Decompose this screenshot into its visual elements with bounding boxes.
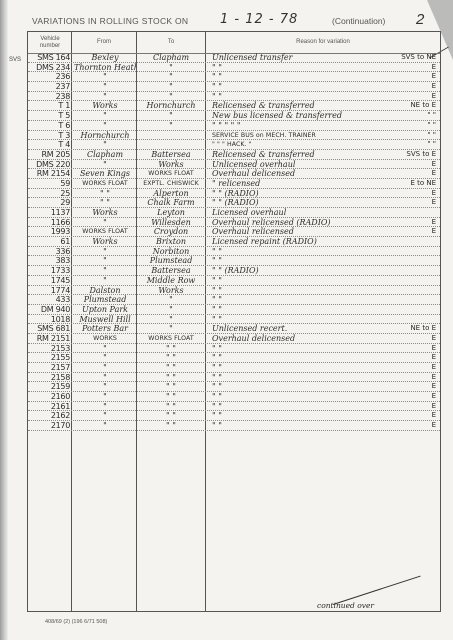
reason-cell: " relicensed: [212, 179, 402, 188]
from-cell: ": [74, 121, 136, 130]
to-cell: " ": [138, 353, 204, 362]
district-code-cell: SVS to NE: [396, 53, 436, 62]
reason-cell: New bus licensed & transferred: [212, 111, 402, 120]
from-cell: ": [74, 72, 136, 81]
from-cell: Potters Bar: [74, 324, 136, 333]
to-cell: " ": [138, 373, 204, 382]
district-code-cell: E: [396, 411, 436, 420]
to-cell: Clapham: [138, 53, 204, 62]
district-code-cell: NE to E: [396, 324, 436, 333]
table-header: Vehicle number From To Reason for variat…: [28, 32, 440, 54]
from-cell: ": [74, 247, 136, 256]
reason-cell: " ": [212, 92, 402, 101]
table-row: 1745"Middle Row" ": [28, 276, 440, 286]
table-row: 2170"" "" "E: [28, 421, 440, 431]
vehicle-number-cell: 2162: [28, 411, 70, 420]
from-cell: ": [74, 111, 136, 120]
document-title-line: VARIATIONS IN ROLLING STOCK ON 1 - 12 - …: [32, 14, 439, 30]
page-number: 2: [416, 11, 424, 28]
reason-cell: " ": [212, 72, 402, 81]
to-cell: Middle Row: [138, 276, 204, 285]
reason-cell: " ": [212, 373, 402, 382]
vehicle-number-cell: DM 940: [28, 305, 70, 314]
from-cell: ": [74, 218, 136, 227]
to-cell: " ": [138, 363, 204, 372]
to-cell: Croydon: [138, 227, 204, 236]
to-cell: Willesden: [138, 218, 204, 227]
reason-cell: Licensed overhaul: [212, 208, 402, 217]
vehicle-number-cell: 1774: [28, 286, 70, 295]
vehicle-number-cell: RM 205: [28, 150, 70, 159]
from-cell: ": [74, 256, 136, 265]
reason-cell: " ": [212, 276, 402, 285]
table-row: T 6""" " " " "" ": [28, 121, 440, 131]
to-cell: " ": [138, 392, 204, 401]
vehicle-number-cell: 238: [28, 92, 70, 101]
table-row: 1137WorksLeytonLicensed overhaul: [28, 208, 440, 218]
to-cell: ": [138, 111, 204, 120]
to-cell: Works: [138, 286, 204, 295]
to-cell: Brixton: [138, 237, 204, 246]
from-cell: ": [74, 140, 136, 149]
from-cell: ": [74, 160, 136, 169]
table-row: 383"Plumstead" ": [28, 256, 440, 266]
vehicle-number-cell: T 3: [28, 131, 70, 140]
district-code-cell: " ": [396, 131, 436, 140]
table-row: 59WORKS FLOATEXPTL. CHISWICK" relicensed…: [28, 179, 440, 189]
district-code-cell: SVS to E: [396, 150, 436, 159]
reason-cell: " ": [212, 382, 402, 391]
to-cell: " ": [138, 382, 204, 391]
table-row: T 3HornchurchSERVICE BUS on MECH. TRAINE…: [28, 131, 440, 141]
table-row: T 1WorksHornchurchRelicensed & transferr…: [28, 101, 440, 111]
vehicle-number-cell: 59: [28, 179, 70, 188]
vehicle-number-cell: 2158: [28, 373, 70, 382]
vehicle-number-cell: 61: [28, 237, 70, 246]
scan-page-edge: [0, 0, 8, 640]
vehicle-number-cell: 29: [28, 198, 70, 207]
table-body: SMS 164BexleyClaphamUnlicensed transferS…: [28, 53, 440, 452]
district-code-cell: E to NE: [396, 179, 436, 188]
document-title: VARIATIONS IN ROLLING STOCK ON: [32, 16, 188, 26]
table-row: 1733"Battersea" " (RADIO): [28, 266, 440, 276]
from-cell: Upton Park: [74, 305, 136, 314]
table-row-blank: [28, 431, 440, 452]
reason-cell: " " (RADIO): [212, 266, 402, 275]
table-row: SMS 164BexleyClaphamUnlicensed transferS…: [28, 53, 440, 63]
reason-cell: " " (RADIO): [212, 198, 402, 207]
reason-cell: " ": [212, 82, 402, 91]
district-code-cell: E: [396, 92, 436, 101]
district-code-cell: E: [396, 382, 436, 391]
header-from: From: [72, 39, 136, 45]
reason-cell: Licensed repaint (RADIO): [212, 237, 402, 246]
table-row: 1166"WillesdenOverhaul relicensed (RADIO…: [28, 218, 440, 228]
from-cell: ": [74, 392, 136, 401]
district-code-cell: E: [396, 421, 436, 430]
from-cell: Hornchurch: [74, 131, 136, 140]
to-cell: Works: [138, 160, 204, 169]
from-cell: " ": [74, 198, 136, 207]
from-cell: WORKS FLOAT: [74, 179, 136, 188]
table-row: 2160"" "" "E: [28, 392, 440, 402]
vehicle-number-cell: DMS 220: [28, 160, 70, 169]
vehicle-number-cell: 2159: [28, 382, 70, 391]
vehicle-number-cell: 2157: [28, 363, 70, 372]
vehicle-number-cell: 336: [28, 247, 70, 256]
from-cell: Works: [74, 237, 136, 246]
reason-cell: Overhaul relicensed: [212, 227, 402, 236]
table-row: 238""" "E: [28, 92, 440, 102]
vehicle-number-cell: T 6: [28, 121, 70, 130]
from-cell: ": [74, 402, 136, 411]
vehicle-number-cell: 1166: [28, 218, 70, 227]
vehicle-number-cell: T 4: [28, 140, 70, 149]
from-cell: Muswell Hill: [74, 315, 136, 324]
table-row: DMS 234Thornton Heath"" "E: [28, 63, 440, 73]
to-cell: ": [138, 324, 204, 333]
vehicle-number-cell: T 5: [28, 111, 70, 120]
to-cell: ": [138, 315, 204, 324]
vehicle-number-cell: 2170: [28, 421, 70, 430]
table-row: 2155"" "" "E: [28, 353, 440, 363]
reason-cell: " ": [212, 353, 402, 362]
district-code-cell: E: [396, 82, 436, 91]
from-cell: WORKS FLOAT: [74, 227, 136, 236]
district-code-cell: E: [396, 198, 436, 207]
continuation-label: (Continuation): [332, 16, 385, 26]
reason-cell: Overhaul delicensed: [212, 169, 402, 178]
to-cell: " ": [138, 421, 204, 430]
to-cell: Alperton: [138, 189, 204, 198]
vehicle-number-cell: 2153: [28, 344, 70, 353]
to-cell: " ": [138, 402, 204, 411]
table-row: RM 2151WORKSWORKS FLOATOverhaul delicens…: [28, 334, 440, 344]
reason-cell: " ": [212, 295, 402, 304]
to-cell: EXPTL. CHISWICK: [138, 179, 204, 188]
table-row: RM 2154Seven KingsWORKS FLOATOverhaul de…: [28, 169, 440, 179]
table-row: DMS 220"WorksUnlicensed overhaulE: [28, 160, 440, 170]
table-row: SMS 681Potters Bar"Unlicensed recert.NE …: [28, 324, 440, 334]
reason-cell: " ": [212, 286, 402, 295]
to-cell: ": [138, 82, 204, 91]
reason-cell: Unlicensed overhaul: [212, 160, 402, 169]
to-cell: Chalk Farm: [138, 198, 204, 207]
reason-cell: Relicensed & transferred: [212, 150, 402, 159]
reason-cell: SERVICE BUS on MECH. TRAINER: [212, 131, 402, 140]
reason-cell: " ": [212, 256, 402, 265]
district-code-cell: E: [396, 402, 436, 411]
to-cell: ": [138, 305, 204, 314]
to-cell: Plumstead: [138, 256, 204, 265]
from-cell: Clapham: [74, 150, 136, 159]
reason-cell: " " " " ": [212, 121, 402, 130]
reason-cell: " " " HACK. ": [212, 140, 402, 149]
from-cell: ": [74, 276, 136, 285]
district-code-cell: " ": [396, 140, 436, 149]
table-row: 2161"" "" "E: [28, 402, 440, 412]
reason-cell: Overhaul delicensed: [212, 334, 402, 343]
district-code-cell: E: [396, 218, 436, 227]
continued-over-note: continued over: [317, 601, 374, 610]
district-code-cell: NE to E: [396, 101, 436, 110]
vehicle-number-cell: 1137: [28, 208, 70, 217]
vehicle-number-cell: 2161: [28, 402, 70, 411]
to-cell: WORKS FLOAT: [138, 169, 204, 178]
table-row: 2162"" "" "E: [28, 411, 440, 421]
district-code-cell: E: [396, 373, 436, 382]
from-cell: Seven Kings: [74, 169, 136, 178]
vehicle-number-cell: 1745: [28, 276, 70, 285]
from-cell: " ": [74, 189, 136, 198]
to-cell: Leyton: [138, 208, 204, 217]
vehicle-number-cell: 383: [28, 256, 70, 265]
from-cell: ": [74, 82, 136, 91]
from-cell: Bexley: [74, 53, 136, 62]
from-cell: Dalston: [74, 286, 136, 295]
vehicle-number-cell: SMS 164: [28, 53, 70, 62]
from-cell: ": [74, 411, 136, 420]
table-row: 61WorksBrixtonLicensed repaint (RADIO): [28, 237, 440, 247]
district-code-cell: E: [396, 169, 436, 178]
to-cell: Hornchurch: [138, 101, 204, 110]
to-cell: ": [138, 63, 204, 72]
vehicle-number-cell: 237: [28, 82, 70, 91]
from-cell: Thornton Heath: [74, 63, 136, 72]
table-row: 2153"" "" "E: [28, 344, 440, 354]
vehicle-number-cell: 236: [28, 72, 70, 81]
table-row: 1774DalstonWorks" ": [28, 286, 440, 296]
from-cell: Plumstead: [74, 295, 136, 304]
from-cell: ": [74, 373, 136, 382]
table-row: T 5""New bus licensed & transferred" ": [28, 111, 440, 121]
reason-cell: " ": [212, 315, 402, 324]
vehicle-number-cell: 2155: [28, 353, 70, 362]
district-code-cell: E: [396, 72, 436, 81]
district-code-cell: E: [396, 392, 436, 401]
reason-cell: Unlicensed recert.: [212, 324, 402, 333]
from-cell: ": [74, 382, 136, 391]
from-cell: WORKS: [74, 334, 136, 343]
reason-cell: " ": [212, 247, 402, 256]
from-cell: ": [74, 363, 136, 372]
table-row: T 4"" " " HACK. "" ": [28, 140, 440, 150]
form-code: 408/69 (2) (196 6/71 508): [45, 619, 107, 625]
to-cell: Norbiton: [138, 247, 204, 256]
district-code-cell: E: [396, 189, 436, 198]
reason-cell: " ": [212, 392, 402, 401]
district-code-cell: E: [396, 363, 436, 372]
table-row: DM 940Upton Park"" ": [28, 305, 440, 315]
reason-cell: " " (RADIO): [212, 189, 402, 198]
to-cell: " ": [138, 344, 204, 353]
from-cell: Works: [74, 101, 136, 110]
from-cell: ": [74, 353, 136, 362]
reason-cell: " ": [212, 402, 402, 411]
table-row: 25" "Alperton" " (RADIO)E: [28, 189, 440, 199]
reason-cell: " ": [212, 305, 402, 314]
from-cell: ": [74, 266, 136, 275]
reason-cell: " ": [212, 411, 402, 420]
table-row: 1993WORKS FLOATCroydonOverhaul relicense…: [28, 227, 440, 237]
document-date: 1 - 12 - 78: [220, 12, 298, 27]
table-row: 2158"" "" "E: [28, 373, 440, 383]
header-reason: Reason for variation: [206, 39, 440, 45]
table-row: 237""" "E: [28, 82, 440, 92]
reason-cell: " ": [212, 421, 402, 430]
vehicle-number-cell: 2160: [28, 392, 70, 401]
table-row: 2157"" "" "E: [28, 363, 440, 373]
vehicle-number-cell: 1733: [28, 266, 70, 275]
margin-annotation: SVS: [9, 57, 21, 63]
reason-cell: " ": [212, 344, 402, 353]
reason-cell: " ": [212, 63, 402, 72]
reason-cell: Unlicensed transfer: [212, 53, 402, 62]
from-cell: ": [74, 421, 136, 430]
table-row: 29" "Chalk Farm" " (RADIO)E: [28, 198, 440, 208]
vehicle-number-cell: 1018: [28, 315, 70, 324]
district-code-cell: " ": [396, 121, 436, 130]
vehicle-number-cell: SMS 681: [28, 324, 70, 333]
to-cell: ": [138, 121, 204, 130]
district-code-cell: E: [396, 353, 436, 362]
header-vehicle-number: Vehicle number: [30, 36, 70, 49]
vehicle-number-cell: DMS 234: [28, 63, 70, 72]
district-code-cell: E: [396, 227, 436, 236]
vehicle-number-cell: RM 2151: [28, 334, 70, 343]
vehicle-number-cell: 25: [28, 189, 70, 198]
to-cell: Battersea: [138, 266, 204, 275]
to-cell: WORKS FLOAT: [138, 334, 204, 343]
rolling-stock-table: Vehicle number From To Reason for variat…: [27, 31, 441, 612]
reason-cell: Relicensed & transferred: [212, 101, 402, 110]
district-code-cell: E: [396, 344, 436, 353]
vehicle-number-cell: RM 2154: [28, 169, 70, 178]
table-row: RM 205ClaphamBatterseaRelicensed & trans…: [28, 150, 440, 160]
to-cell: Battersea: [138, 150, 204, 159]
district-code-cell: E: [396, 63, 436, 72]
reason-cell: Overhaul relicensed (RADIO): [212, 218, 402, 227]
table-row: 2159"" "" "E: [28, 382, 440, 392]
reason-cell: " ": [212, 363, 402, 372]
from-cell: Works: [74, 208, 136, 217]
district-code-cell: " ": [396, 111, 436, 120]
table-row: 236""" "E: [28, 72, 440, 82]
table-row: 433Plumstead"" ": [28, 295, 440, 305]
to-cell: ": [138, 72, 204, 81]
from-cell: ": [74, 344, 136, 353]
district-code-cell: E: [396, 160, 436, 169]
district-code-cell: E: [396, 334, 436, 343]
table-row: 336"Norbiton" ": [28, 247, 440, 257]
table-row: 1018Muswell Hill"" ": [28, 315, 440, 325]
from-cell: ": [74, 92, 136, 101]
vehicle-number-cell: 433: [28, 295, 70, 304]
to-cell: ": [138, 295, 204, 304]
header-to: To: [137, 39, 205, 45]
vehicle-number-cell: T 1: [28, 101, 70, 110]
to-cell: " ": [138, 411, 204, 420]
to-cell: ": [138, 92, 204, 101]
vehicle-number-cell: 1993: [28, 227, 70, 236]
